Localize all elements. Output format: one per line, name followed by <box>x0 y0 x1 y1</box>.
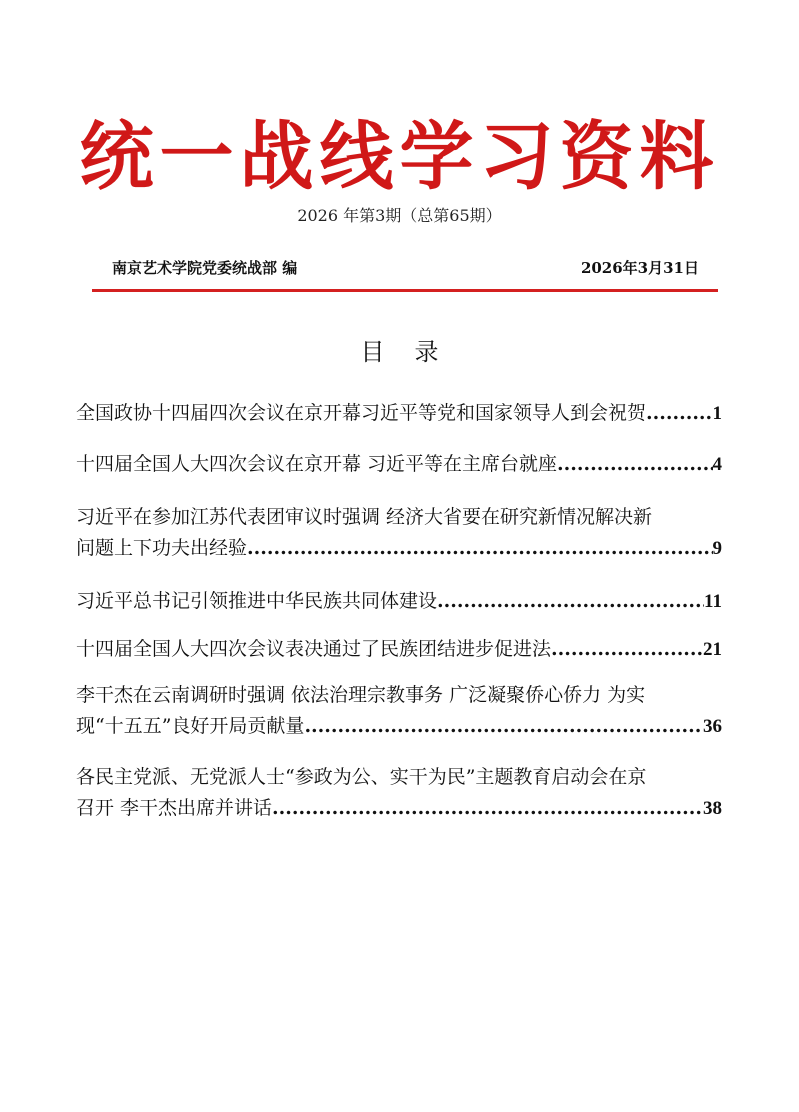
document-page: 统一战线学习资料 2026 年第3期（总第65期） 南京艺术学院党委统战部 编 … <box>0 0 799 1112</box>
toc-entry[interactable]: 习近平在参加江苏代表团审议时强调 经济大省要在研究新情况解决新 问题上下功夫出经… <box>76 502 722 564</box>
toc-entry[interactable]: 各民主党派、无党派人士“参政为公、实干为民”主题教育启动会在京 召开 李干杰出席… <box>76 762 722 824</box>
dot-leader <box>304 711 703 742</box>
toc-entry-title-cont: 现“十五五”良好开局贡献量 <box>76 711 304 742</box>
toc-entry-title: 各民主党派、无党派人士“参政为公、实干为民”主题教育启动会在京 <box>76 762 646 793</box>
toc-page-number: 36 <box>703 711 722 742</box>
toc-entry[interactable]: 十四届全国人大四次会议表决通过了民族团结进步促进法21 <box>76 634 722 665</box>
toc-entry-title: 十四届全国人大四次会议在京开幕 习近平等在主席台就座 <box>76 449 557 480</box>
toc-entry[interactable]: 十四届全国人大四次会议在京开幕 习近平等在主席台就座4 <box>76 449 722 480</box>
toc-title: 目录 <box>0 336 799 368</box>
toc-page-number: 21 <box>703 634 722 665</box>
dot-leader <box>272 793 703 824</box>
masthead-title: 统一战线学习资料 <box>0 112 799 202</box>
dot-leader <box>437 586 704 617</box>
dot-leader <box>646 398 712 429</box>
toc-page-number: 4 <box>713 449 723 480</box>
toc-entry[interactable]: 全国政协十四届四次会议在京开幕习近平等党和国家领导人到会祝贺1 <box>76 398 722 429</box>
toc-entry-title-cont: 召开 李干杰出席并讲话 <box>76 793 272 824</box>
dot-leader <box>247 533 712 564</box>
dot-leader <box>557 449 712 480</box>
toc-entry-title: 全国政协十四届四次会议在京开幕习近平等党和国家领导人到会祝贺 <box>76 398 646 429</box>
toc-page-number: 11 <box>704 586 722 617</box>
toc-page-number: 1 <box>713 398 723 429</box>
publish-date: 2026年3月31日 <box>581 258 699 278</box>
toc-entry-title: 十四届全国人大四次会议表决通过了民族团结进步促进法 <box>76 634 551 665</box>
dot-leader <box>551 634 703 665</box>
toc-entry-title: 习近平在参加江苏代表团审议时强调 经济大省要在研究新情况解决新 <box>76 502 652 533</box>
toc-page-number: 38 <box>703 793 722 824</box>
toc-entry-title: 李干杰在云南调研时强调 依法治理宗教事务 广泛凝聚侨心侨力 为实 <box>76 680 645 711</box>
editor-credit: 南京艺术学院党委统战部 编 <box>112 258 297 278</box>
toc-entry-title-cont: 问题上下功夫出经验 <box>76 533 247 564</box>
toc-entry-title: 习近平总书记引领推进中华民族共同体建设 <box>76 586 437 617</box>
issue-number: 2026 年第3期（总第65期） <box>0 205 799 227</box>
red-divider <box>92 289 718 292</box>
toc-entry[interactable]: 习近平总书记引领推进中华民族共同体建设11 <box>76 586 722 617</box>
toc-entry[interactable]: 李干杰在云南调研时强调 依法治理宗教事务 广泛凝聚侨心侨力 为实 现“十五五”良… <box>76 680 722 742</box>
toc-page-number: 9 <box>713 533 723 564</box>
